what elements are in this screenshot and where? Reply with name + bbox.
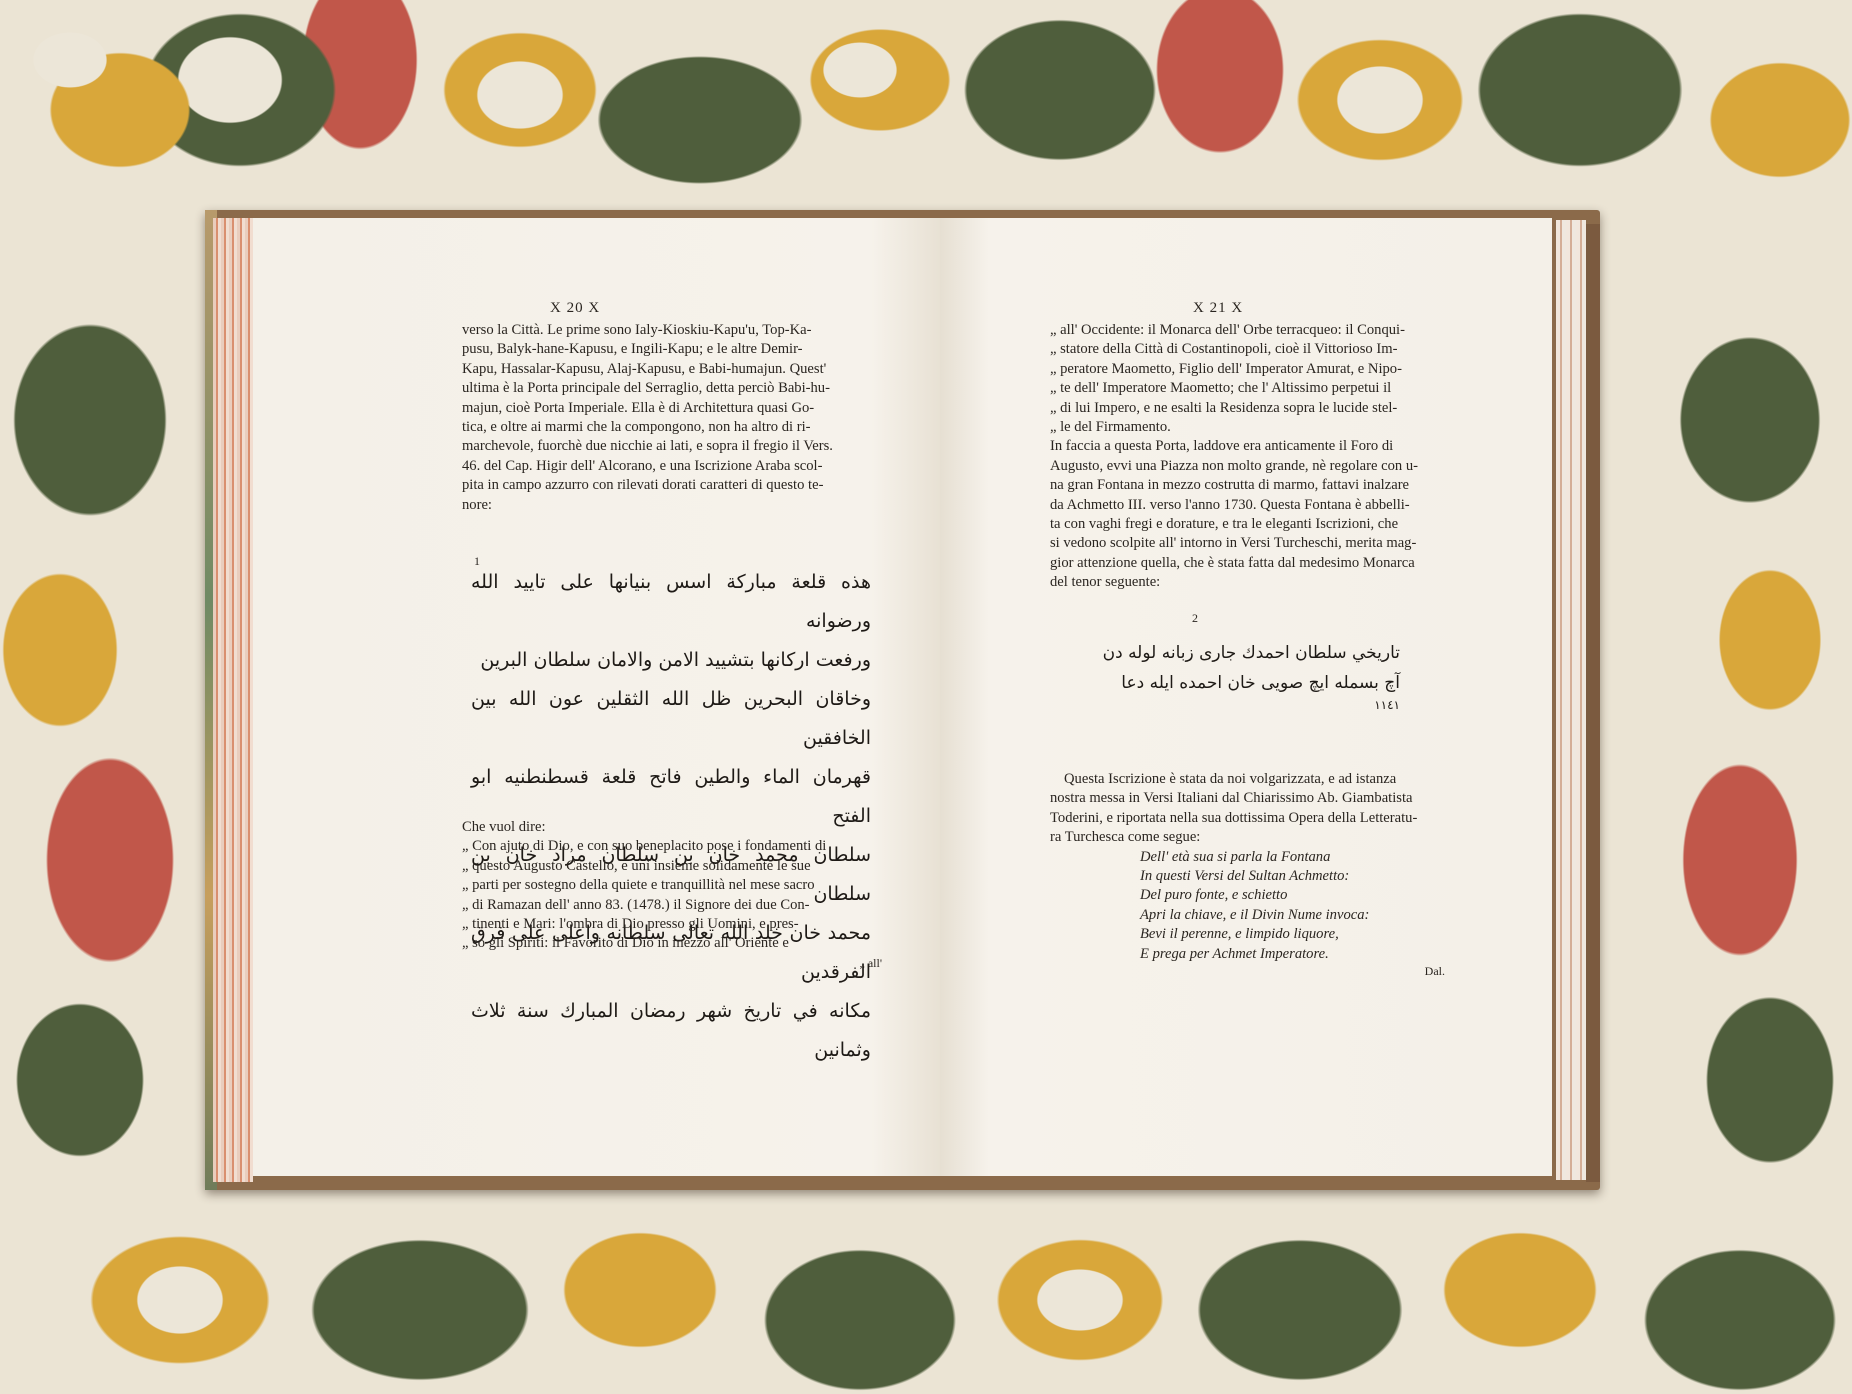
text-line: 46. del Cap. Higir dell' Alcorano, e una… (462, 457, 882, 476)
text-line: „ questo Augusto Castello, e unì insieme… (462, 857, 882, 876)
page-number-20: X 20 X (550, 300, 600, 317)
verse-line: Dell' età sua si parla la Fontana (1050, 848, 1445, 867)
text-line: „ le del Firmamento. (1050, 418, 1445, 437)
hijri-year: ١١٤١ (1100, 698, 1400, 712)
text-line: nore: (462, 496, 882, 515)
arabic-line: وخاقان البحرين ظل الله الثقلين عون الله … (471, 680, 871, 758)
text-line: Kapu, Hassalar-Kapusu, Alaj-Kapusu, e Ba… (462, 360, 882, 379)
text-line: da Achmetto III. verso l'anno 1730. Ques… (1050, 496, 1445, 515)
left-page: X 20 X verso la Città. Le prime sono Ial… (253, 218, 940, 1176)
text-line: ultima è la Porta principale del Serragl… (462, 379, 882, 398)
arabic-line: هذه قلعة مباركة اسس بنيانها على تاييد ال… (471, 563, 871, 641)
text-line: verso la Città. Le prime sono Ialy-Kiosk… (462, 321, 882, 340)
right-page-text: „ all' Occidente: il Monarca dell' Orbe … (1050, 321, 1445, 593)
text-line: nostra messa in Versi Italiani dal Chiar… (1050, 789, 1445, 808)
page-number-21: X 21 X (1193, 300, 1243, 317)
text-line: tica, e oltre ai marmi che la compongono… (462, 418, 882, 437)
translation-intro: Che vuol dire: (462, 818, 882, 837)
arabic-line: تاريخي سلطان احمدك جارى زبانه لوله دن (1100, 638, 1400, 668)
text-line: ta con vaghi fregi e dorature, e tra le … (1050, 515, 1445, 534)
arabic-line: آچ بسمله ايچ صويى خان احمده ايله دعا (1100, 668, 1400, 698)
arabic-line: مكانه في تاريخ شهر رمضان المبارك سنة ثلا… (471, 992, 871, 1070)
verse-line: Del puro fonte, e schietto (1050, 886, 1445, 905)
text-line: „ tinenti e Mari: l'ombra di Dio presso … (462, 915, 882, 934)
text-line: ra Turchesca come segue: (1050, 828, 1445, 847)
verse-line: Apri la chiave, e il Divin Nume invoca: (1050, 906, 1445, 925)
text-line: gior attenzione quella, che è stata fatt… (1050, 554, 1445, 573)
right-page-edges (1556, 220, 1586, 1180)
left-page-paragraph: verso la Città. Le prime sono Ialy-Kiosk… (462, 321, 882, 515)
text-line: „ di lui Impero, e ne esalti la Residenz… (1050, 399, 1445, 418)
verse-line: Bevi il perenne, e limpido liquore, (1050, 925, 1445, 944)
text-line: „ Con ajuto di Dio, e con suo beneplacit… (462, 837, 882, 856)
footnote-marker-2: 2 (1192, 611, 1198, 626)
text-line: si vedono scolpite all' intorno in Versi… (1050, 534, 1445, 553)
text-line: „ te dell' Imperatore Maometto; che l' A… (1050, 379, 1445, 398)
left-page-edges (213, 218, 253, 1182)
translation-block: Che vuol dire: „ Con ajuto di Dio, e con… (462, 818, 882, 973)
text-line: „ all' Occidente: il Monarca dell' Orbe … (1050, 321, 1445, 340)
text-line: pita in campo azzurro con rilevati dorat… (462, 476, 882, 495)
text-line: Questa Iscrizione è stata da noi volgari… (1050, 770, 1445, 789)
arabic-line: ورفعت اركانها بتشييد الامن والامان سلطان… (471, 641, 871, 680)
arabic-inscription: هذه قلعة مباركة اسس بنيانها على تاييد ال… (471, 563, 871, 1070)
text-line: na gran Fontana in mezzo costrutta di ma… (1050, 476, 1445, 495)
text-line: majun, cioè Porta Imperiale. Ella è di A… (462, 399, 882, 418)
text-line: „ statore della Città di Costantinopoli,… (1050, 340, 1445, 359)
text-line: „ parti per sostegno della quiete e tran… (462, 876, 882, 895)
text-line: „ peratore Maometto, Figlio dell' Impera… (1050, 360, 1445, 379)
text-line: In faccia a questa Porta, laddove era an… (1050, 437, 1445, 456)
text-line: pusu, Balyk-hane-Kapusu, e Ingili-Kapu; … (462, 340, 882, 359)
catchword: „ all' (462, 954, 882, 973)
right-board-edge (1586, 224, 1600, 1182)
text-line: „ di Ramazan dell' anno 83. (1478.) il S… (462, 896, 882, 915)
right-page: X 21 X „ all' Occidente: il Monarca dell… (940, 218, 1552, 1176)
catchword: Dal. (1050, 962, 1445, 981)
turkish-inscription: تاريخي سلطان احمدك جارى زبانه لوله دن آچ… (1100, 638, 1400, 712)
text-line: marchevole, fuorchè due nicchie ai lati,… (462, 437, 882, 456)
text-line: del tenor seguente: (1050, 573, 1445, 592)
text-line: „ so gli Spiriti: il Favorito di Dio in … (462, 934, 882, 953)
text-line: Augusto, evvi una Piazza non molto grand… (1050, 457, 1445, 476)
text-line: Toderini, e riportata nella sua dottissi… (1050, 809, 1445, 828)
translation-note: Questa Iscrizione è stata da noi volgari… (1050, 770, 1445, 981)
open-book: X 20 X verso la Città. Le prime sono Ial… (205, 210, 1600, 1190)
verse-line: In questi Versi del Sultan Achmetto: (1050, 867, 1445, 886)
